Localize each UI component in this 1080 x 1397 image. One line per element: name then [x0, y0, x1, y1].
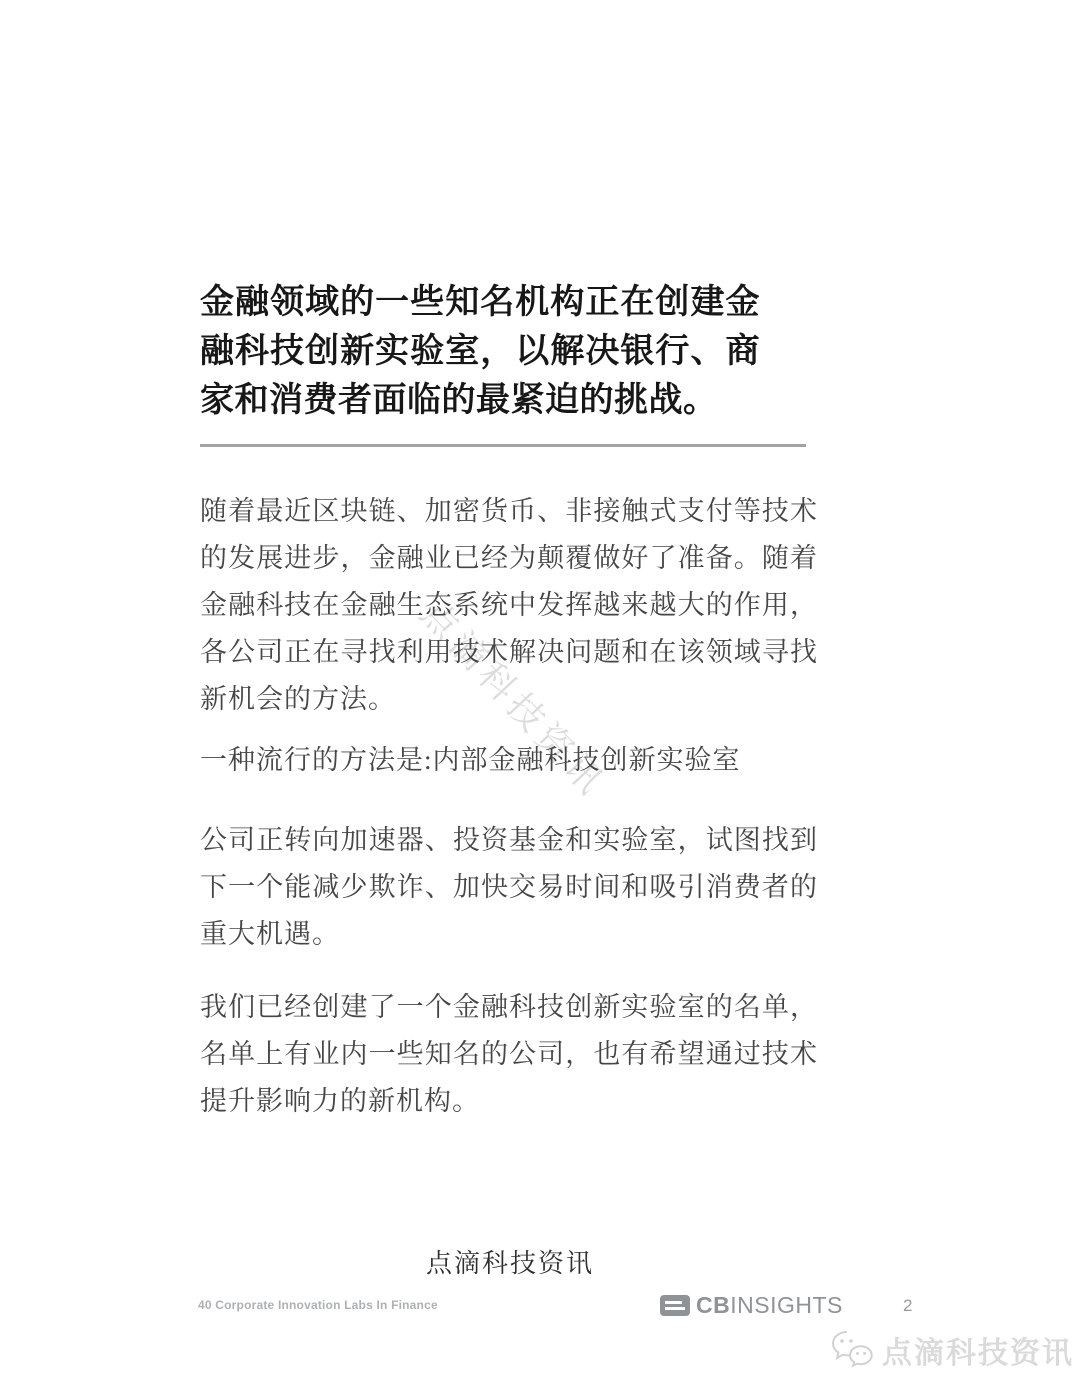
heading-divider: [200, 444, 806, 447]
corner-watermark-text: 点滴科技资讯: [882, 1328, 1074, 1372]
body-paragraph-1: 随着最近区块链、加密货币、非接触式支付等技术的发展进步，金融业已经为颠覆做好了准…: [200, 488, 818, 723]
cbinsights-logo-text: CBINSIGHTS: [696, 1292, 843, 1319]
body-paragraph-4: 我们已经创建了一个金融科技创新实验室的名单，名单上有业内一些知名的公司，也有希望…: [200, 984, 818, 1125]
cbinsights-logo: CBINSIGHTS: [660, 1292, 843, 1319]
page-number: 2: [903, 1296, 912, 1316]
wechat-bubbles-icon: [830, 1329, 876, 1371]
document-page: 金融领域的一些知名机构正在创建金融科技创新实验室，以解决银行、商家和消费者面临的…: [0, 0, 1080, 1397]
brand-prefix: CB: [696, 1292, 730, 1318]
page-title: 金融领域的一些知名机构正在创建金融科技创新实验室，以解决银行、商家和消费者面临的…: [200, 278, 760, 425]
cbinsights-logo-icon: [660, 1295, 690, 1316]
body-paragraph-2: 一种流行的方法是:内部金融科技创新实验室: [200, 737, 818, 784]
footer-source-text: 点滴科技资讯: [200, 1243, 820, 1280]
corner-watermark: 点滴科技资讯: [830, 1328, 1074, 1372]
body-paragraph-3: 公司正转向加速器、投资基金和实验室，试图找到下一个能减少欺诈、加快交易时间和吸引…: [200, 817, 818, 958]
brand-rest: INSIGHTS: [730, 1292, 843, 1318]
report-title: 40 Corporate Innovation Labs In Finance: [198, 1298, 438, 1312]
